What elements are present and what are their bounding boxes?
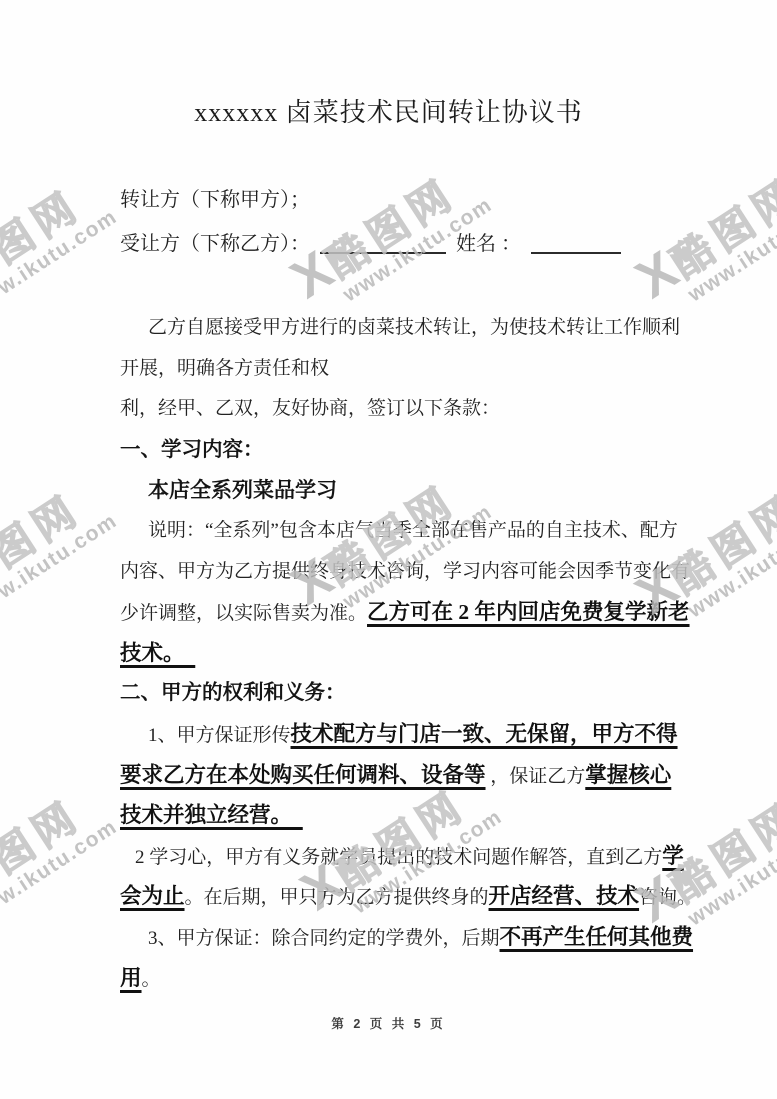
- bold-subheading: 本店全系列菜品学习: [148, 478, 337, 502]
- text-line: 用。: [120, 958, 777, 999]
- section-heading: 二、甲方的权利和义务：: [120, 682, 346, 704]
- party-b-line: 受让方（下称乙方）：姓名 ：: [120, 228, 777, 260]
- emphasized-underlined-text: 技术并独立经营。: [120, 803, 303, 827]
- body-text: 咨询。: [639, 887, 696, 908]
- text-line: 一、学习内容：: [120, 430, 777, 471]
- page-number: 第 2 页 共 5 页: [0, 1014, 777, 1032]
- body-text: 2 学习心，甲方有义务就学员提出的技术问题作解答，直到乙方: [135, 847, 662, 868]
- text-line: 1、甲方保证形传技术配方与门店一致、无保留，甲方不得: [120, 714, 777, 755]
- text-line: 2 学习心，甲方有义务就学员提出的技术问题作解答，直到乙方学: [120, 836, 777, 877]
- document-content: xxxxxx 卤菜技术民间转让协议书 转让方（下称甲方）； 受让方（下称乙方）：…: [0, 0, 777, 1032]
- text-line: 技术并独立经营。: [120, 795, 777, 836]
- name-label: 姓名 ：: [456, 233, 521, 255]
- document-page: X酷图网www.ikutu.comX酷图网www.ikutu.comX酷图网ww…: [0, 0, 777, 1099]
- emphasized-underlined-text: 乙方可在 2 年内回店免费复学新老: [367, 600, 690, 624]
- party-a-line: 转让方（下称甲方）；: [120, 185, 777, 215]
- party-a-label: 转让方（下称甲方）；: [120, 189, 310, 211]
- emphasized-underlined-text: 要求乙方在本处购买任何调料、设备等: [120, 763, 486, 787]
- text-line: 少许调整，以实际售卖为准。乙方可在 2 年内回店免费复学新老: [120, 592, 777, 633]
- document-body: 乙方自愿接受甲方进行的卤菜技术转让，为使技术转让工作顺利开展，明确各方责任和权利…: [0, 308, 777, 998]
- name-blank-field: [531, 244, 621, 254]
- text-line: 技术。: [120, 633, 777, 674]
- emphasized-underlined-text: 不再产生任何其他费: [500, 925, 694, 949]
- text-line: 会为止。在后期，甲只方为乙方提供终身的开店经营、技术咨询。: [120, 876, 777, 917]
- party-b-blank-field: [320, 244, 446, 254]
- text-line: 二、甲方的权利和义务：: [120, 673, 777, 714]
- body-text: 开展，明确各方责任和权: [120, 358, 329, 379]
- body-text: 1、甲方保证形传: [148, 725, 291, 746]
- text-line: 本店全系列菜品学习: [120, 470, 777, 511]
- body-text: 内容、甲方为乙方提供终身技术咨询，学习内容可能会因季节变化有: [120, 561, 690, 582]
- emphasized-underlined-text: 会为止: [120, 884, 185, 908]
- body-text: 少许调整，以实际售卖为准。: [120, 603, 367, 624]
- text-line: 乙方自愿接受甲方进行的卤菜技术转让，为使技术转让工作顺利: [120, 308, 777, 349]
- body-text: 。在后期，甲只方为乙方提供终身的: [185, 887, 489, 908]
- body-text: 3、甲方保证：除合同约定的学费外，后期: [148, 928, 500, 949]
- text-line: 内容、甲方为乙方提供终身技术咨询，学习内容可能会因季节变化有: [120, 552, 777, 593]
- section-heading: 一、学习内容：: [120, 439, 264, 461]
- text-line: 说明：“全系列”包含本店气当季全部在售产品的自主技术、配方: [120, 511, 777, 552]
- text-line: 利，经甲、乙双，友好协商，签订以下条款：: [120, 389, 777, 430]
- body-text: 。: [142, 969, 161, 990]
- emphasized-underlined-text: 用: [120, 966, 142, 990]
- body-text: 说明：“全系列”包含本店气当季全部在售产品的自主技术、配方: [148, 520, 678, 541]
- emphasized-underlined-text: 技术。: [120, 641, 195, 665]
- emphasized-underlined-text: 技术配方与门店一致、无保留，甲方不得: [291, 722, 678, 746]
- text-line: 要求乙方在本处购买任何调料、设备等 ，保证乙方掌握核心: [120, 755, 777, 796]
- body-text: 乙方自愿接受甲方进行的卤菜技术转让，为使技术转让工作顺利: [148, 317, 680, 338]
- emphasized-underlined-text: 学: [662, 844, 684, 868]
- body-text: ，保证乙方: [486, 766, 586, 787]
- emphasized-underlined-text: 掌握核心: [585, 763, 671, 787]
- text-line: 3、甲方保证：除合同约定的学费外，后期不再产生任何其他费: [120, 917, 777, 958]
- party-b-label: 受让方（下称乙方）：: [120, 233, 310, 255]
- body-text: 利，经甲、乙双，友好协商，签订以下条款：: [120, 398, 500, 419]
- document-title: xxxxxx 卤菜技术民间转让协议书: [0, 0, 777, 131]
- text-line: 开展，明确各方责任和权: [120, 349, 777, 390]
- emphasized-underlined-text: 开店经营、技术: [489, 884, 640, 908]
